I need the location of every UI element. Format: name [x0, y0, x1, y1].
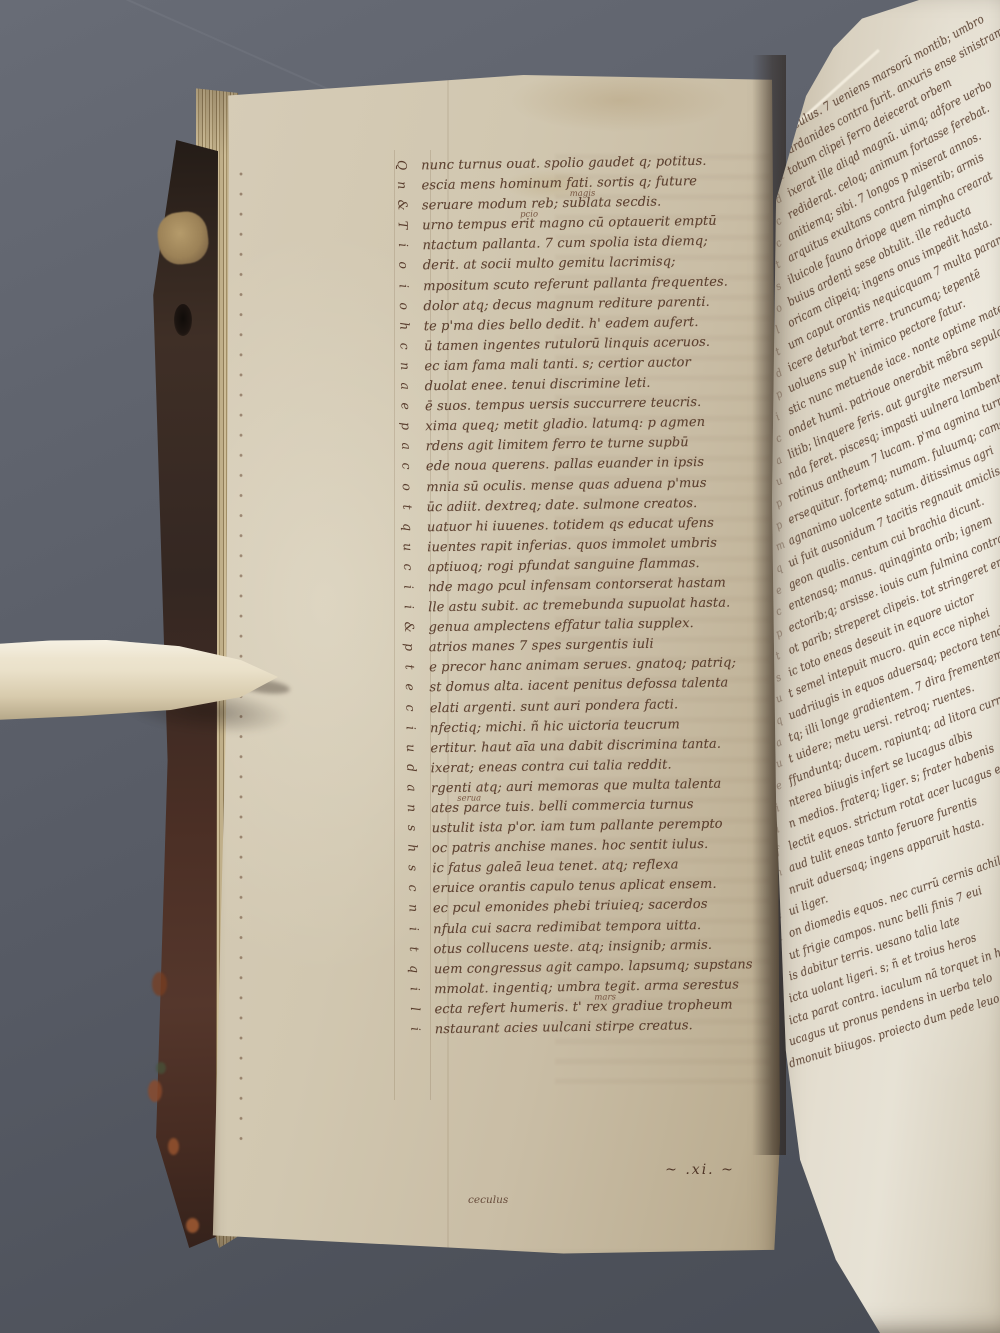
interlinear-gloss: serua [457, 793, 481, 803]
verse-initial: s [774, 669, 787, 684]
verse-initial: a [773, 451, 786, 466]
left-page: Qnunc turnus ouat. spolio gaudet q; poti… [210, 58, 780, 1268]
verse-initial: t [774, 647, 787, 662]
verse-initial: i [406, 917, 422, 940]
verse-initial: o [773, 299, 787, 314]
verse-initial: a [774, 734, 787, 749]
verse-initial: t [407, 937, 423, 960]
verse-initial: i [408, 1018, 424, 1041]
verse-initial: o [396, 294, 412, 317]
verse-initial: c [403, 696, 419, 719]
verse-initial: s [773, 278, 787, 294]
verse-initial: e [402, 676, 418, 699]
interlinear-gloss: pcio [520, 210, 538, 220]
interlinear-gloss: mars [594, 992, 616, 1002]
quire-signature: ~ .xi. ~ [630, 1162, 770, 1178]
pricking-holes [238, 170, 244, 1142]
verse-initial: q [400, 515, 416, 538]
spine-hole [174, 304, 192, 336]
verse-initial: n [406, 897, 422, 920]
verse-initial: o [399, 475, 415, 498]
verse-initial: l [773, 321, 787, 336]
manuscript-photo: Qnunc turnus ouat. spolio gaudet q; poti… [0, 0, 1000, 1333]
verse-initial: e [774, 582, 787, 597]
verse-initial: d [773, 364, 786, 379]
verse-initial: u [774, 756, 787, 771]
verse-initial: q [774, 712, 787, 727]
interlinear-gloss: magis [570, 189, 596, 199]
wear-mark [152, 972, 167, 996]
wear-mark [148, 1080, 162, 1102]
verse-initial: p [774, 517, 787, 532]
verse-initial: i [403, 716, 419, 739]
wear-mark [186, 1218, 199, 1233]
verse-initial: u [773, 473, 786, 488]
verse-initial: p [773, 495, 786, 510]
wear-mark [156, 1062, 166, 1074]
wear-mark [168, 1138, 179, 1155]
verse-initial: c [774, 603, 787, 618]
verse-initial: t [400, 495, 416, 518]
catchword: ceculus [468, 1194, 508, 1206]
left-text-block: Qnunc turnus ouat. spolio gaudet q; poti… [391, 149, 754, 1038]
verse-initial: i [396, 274, 412, 297]
verse-initial: p [774, 625, 787, 640]
verse-initial: t [773, 343, 787, 358]
verse-initial: u [774, 690, 787, 705]
verse-initial: i [773, 408, 786, 423]
right-page: ceculus. 7 ueniens marsorū montib; umbro… [762, 0, 1000, 1333]
verse-initial: m [774, 538, 787, 553]
verse-text: nstaurant acies uulcani stirpe creatus. [435, 1018, 693, 1037]
verse-initial: p [773, 386, 786, 401]
verse-initial: o [396, 254, 412, 277]
verse-initial: c [773, 430, 786, 445]
verse-initial: q [774, 560, 787, 575]
verse-initial: c [399, 455, 415, 478]
